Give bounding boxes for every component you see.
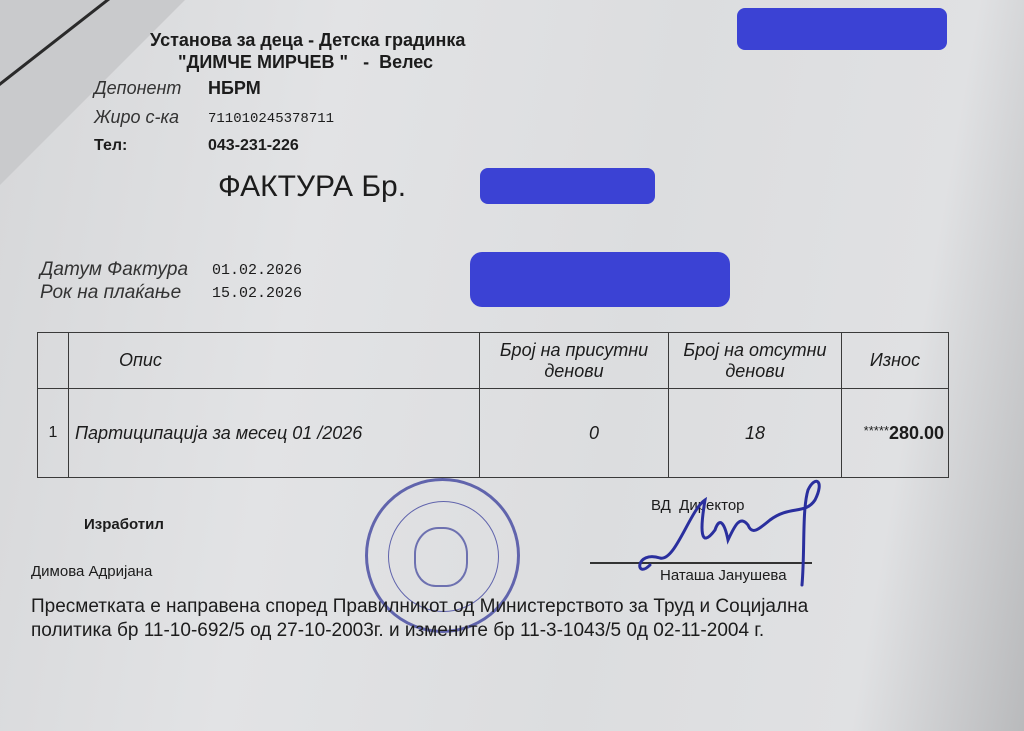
table-header-row: Опис Број на присутни денови Број на отс…	[38, 333, 949, 389]
date-label: Датум Фактура	[40, 259, 188, 281]
legal-note-line1: Пресметката е направена според Правилник…	[31, 596, 808, 618]
director-signature	[630, 470, 840, 590]
header-no	[38, 333, 69, 389]
header-present-days: Број на присутни денови	[480, 333, 669, 389]
header-amount: Износ	[842, 333, 949, 389]
date-value: 01.02.2026	[212, 262, 302, 279]
phone-value: 043-231-226	[208, 137, 299, 155]
invoice-title: ФАКТУРА Бр.	[218, 170, 406, 204]
row-present-days: 0	[480, 389, 669, 478]
redaction-top-right	[737, 8, 947, 50]
header-description: Опис	[69, 333, 480, 389]
header-present-days-line1: Број на присутни	[480, 340, 668, 361]
header-absent-days-line2: денови	[669, 361, 841, 382]
phone-label: Тел:	[94, 137, 127, 155]
prepared-name: Димова Адријана	[31, 563, 152, 580]
header-absent-days-line1: Број на отсутни	[669, 340, 841, 361]
row-amount: *****280.00	[842, 389, 949, 478]
institution-line1: Установа за деца - Детска градинка	[150, 30, 465, 51]
table-row: 1 Партиципација за месец 01 /2026 0 18 *…	[38, 389, 949, 478]
header-absent-days: Број на отсутни денови	[669, 333, 842, 389]
prepared-label: Изработил	[84, 516, 164, 533]
invoice-table: Опис Број на присутни денови Број на отс…	[37, 332, 949, 478]
header-present-days-line2: денови	[480, 361, 668, 382]
coat-of-arms-icon	[414, 527, 468, 587]
giro-label: Жиро с-ка	[94, 107, 179, 128]
invoice-number-redaction	[480, 168, 655, 204]
legal-note-line2: политика бр 11-10-692/5 од 27-10-2003г. …	[31, 620, 764, 642]
depositor-value: НБРМ	[208, 78, 261, 99]
institution-line2: "ДИМЧЕ МИРЧЕВ " - Велес	[178, 52, 433, 73]
depositor-label: Депонент	[94, 78, 181, 99]
amount-value: 280.00	[889, 423, 944, 443]
recipient-redaction	[470, 252, 730, 307]
row-description: Партиципација за месец 01 /2026	[69, 389, 480, 478]
giro-value: 711010245378711	[208, 111, 334, 127]
row-no: 1	[38, 389, 69, 478]
due-label: Рок на плаќање	[40, 282, 181, 304]
row-absent-days: 18	[669, 389, 842, 478]
amount-prefix: *****	[864, 423, 889, 438]
due-value: 15.02.2026	[212, 285, 302, 302]
